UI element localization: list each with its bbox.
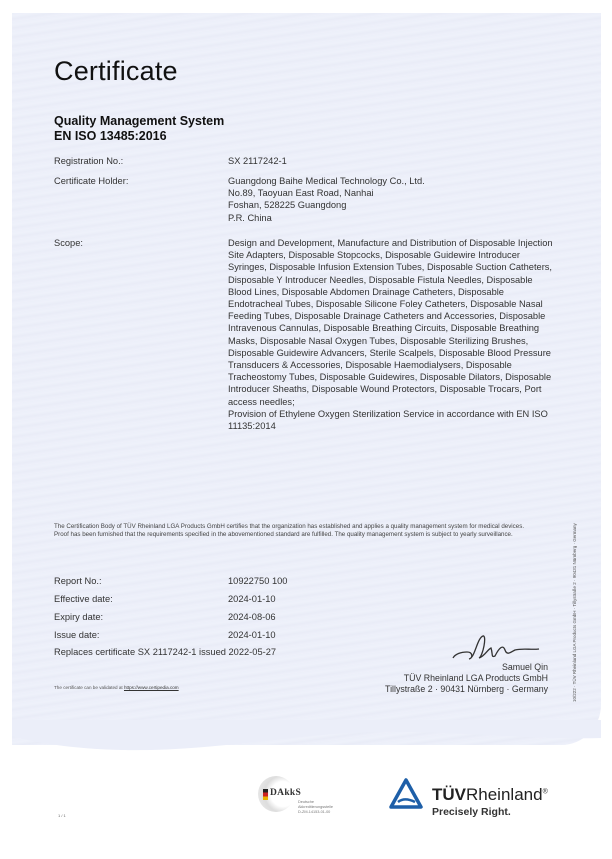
standard-code: EN ISO 13485:2016 (54, 129, 224, 144)
replaces-row: Replaces certificate SX 2117242-1 issued… (54, 646, 276, 658)
effective-value: 2024-01-10 (228, 593, 558, 605)
registered-mark: ® (543, 788, 548, 795)
standard-title: Quality Management System (54, 114, 224, 129)
certification-statement: The Certification Body of TÜV Rheinland … (54, 523, 559, 539)
panel-wave-edge (12, 720, 601, 760)
verification-link[interactable]: https://www.certipedia.com (124, 685, 179, 690)
dakks-subtitle: Deutsche Akkreditierungsstelle D-ZM-1415… (298, 800, 358, 814)
holder-label: Certificate Holder: (54, 175, 224, 187)
signatory-organization: TÜV Rheinland LGA Products GmbH (385, 673, 548, 684)
certificate-title: Certificate (54, 56, 178, 87)
report-label: Report No.: (54, 575, 224, 587)
tuv-brand-name: TÜVRheinland® (432, 785, 548, 805)
replaces-text: Replaces certificate SX 2117242-1 issued… (54, 647, 276, 657)
holder-value: Guangdong Baihe Medical Technology Co., … (228, 175, 558, 224)
dakks-logo: DAkkS Deutsche Akkreditierungsstelle D-Z… (258, 776, 358, 820)
side-reference-text: 10/222 · TÜV Rheinland LGA Products GmbH… (572, 452, 580, 702)
scope-service: Provision of Ethylene Oxygen Sterilizati… (228, 408, 558, 432)
scope-value: Design and Development, Manufacture and … (228, 237, 558, 432)
signatory-block: Samuel Qin TÜV Rheinland LGA Products Gm… (385, 662, 548, 695)
dakks-name: DAkkS (270, 788, 301, 798)
page-marker: 1 / 1 (58, 813, 66, 818)
signatory-name: Samuel Qin (385, 662, 548, 673)
scope-products: Design and Development, Manufacture and … (228, 237, 558, 408)
effective-label: Effective date: (54, 593, 224, 605)
signatory-address: Tillystraße 2 · 90431 Nürnberg · Germany (385, 684, 548, 695)
tuv-triangle-icon (389, 778, 423, 810)
tuv-slogan: Precisely Right. (432, 806, 511, 818)
tuv-name-bold: TÜV (432, 785, 466, 804)
registration-label: Registration No.: (54, 155, 224, 167)
report-value: 10922750 100 (228, 575, 558, 587)
verification-note: The certificate can be validated at http… (54, 685, 179, 690)
scope-label: Scope: (54, 237, 224, 249)
standard-heading: Quality Management System EN ISO 13485:2… (54, 114, 224, 144)
registration-value: SX 2117242-1 (228, 155, 558, 167)
issue-label: Issue date: (54, 629, 224, 641)
tuv-name-rest: Rheinland (466, 785, 543, 804)
german-flag-icon (263, 789, 268, 800)
expiry-value: 2024-08-06 (228, 611, 558, 623)
verification-text: The certificate can be validated at (54, 685, 123, 690)
expiry-label: Expiry date: (54, 611, 224, 623)
